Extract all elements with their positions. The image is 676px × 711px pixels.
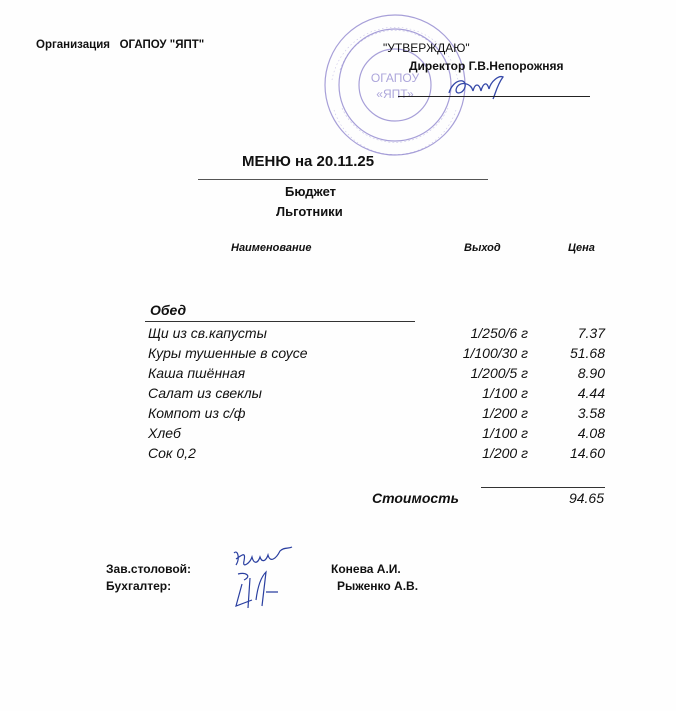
menu-item: Сок 0,2 1/200 г 14.60 bbox=[148, 444, 608, 464]
item-yield: 1/200/5 г bbox=[470, 365, 528, 381]
item-price: 7.37 bbox=[578, 325, 605, 341]
item-name: Хлеб bbox=[148, 425, 181, 441]
canteen-head-name: Конева А.И. bbox=[331, 562, 401, 576]
item-name: Щи из св.капусты bbox=[148, 325, 267, 341]
item-yield: 1/100/30 г bbox=[463, 345, 528, 361]
accountant-role: Бухгалтер: bbox=[106, 579, 171, 593]
column-header-yield: Выход bbox=[464, 242, 501, 254]
item-yield: 1/200 г bbox=[482, 445, 528, 461]
canteen-head-role: Зав.столовой: bbox=[106, 562, 191, 576]
column-header-name: Наименование bbox=[231, 242, 312, 254]
menu-item: Щи из св.капусты 1/250/6 г 7.37 bbox=[148, 324, 608, 344]
item-name: Компот из с/ф bbox=[148, 405, 245, 421]
item-price: 14.60 bbox=[570, 445, 605, 461]
menu-item: Хлеб 1/100 г 4.08 bbox=[148, 424, 608, 444]
section-divider bbox=[145, 321, 415, 322]
approval-stamp-text: "УТВЕРЖДАЮ" bbox=[383, 41, 470, 55]
column-header-price: Цена bbox=[568, 242, 595, 254]
budget-subtitle: Бюджет bbox=[285, 184, 336, 199]
svg-text:ОГАПОУ: ОГАПОУ bbox=[371, 71, 420, 85]
item-yield: 1/200 г bbox=[482, 405, 528, 421]
item-name: Салат из свеклы bbox=[148, 385, 262, 401]
beneficiaries-subtitle: Льготники bbox=[276, 204, 343, 219]
director-name: Директор Г.В.Непорожняя bbox=[409, 59, 563, 73]
svg-text:«ЯПТ»: «ЯПТ» bbox=[376, 87, 414, 101]
total-value: 94.65 bbox=[560, 490, 604, 506]
accountant-signature-icon bbox=[232, 570, 292, 610]
item-price: 3.58 bbox=[578, 405, 605, 421]
page-title: МЕНЮ на 20.11.25 bbox=[242, 153, 374, 170]
title-divider bbox=[198, 179, 488, 180]
total-label: Стоимость bbox=[372, 490, 459, 506]
item-price: 8.90 bbox=[578, 365, 605, 381]
item-yield: 1/100 г bbox=[482, 425, 528, 441]
item-price: 51.68 bbox=[570, 345, 605, 361]
item-name: Куры тушенные в соусе bbox=[148, 345, 308, 361]
menu-item: Каша пшённая 1/200/5 г 8.90 bbox=[148, 364, 608, 384]
organization: Организация ОГАПОУ "ЯПТ" bbox=[36, 39, 204, 51]
item-name: Каша пшённая bbox=[148, 365, 245, 381]
menu-item: Куры тушенные в соусе 1/100/30 г 51.68 bbox=[148, 344, 608, 364]
item-yield: 1/100 г bbox=[482, 385, 528, 401]
item-name: Сок 0,2 bbox=[148, 445, 196, 461]
organization-label: Организация bbox=[36, 39, 110, 51]
item-price: 4.44 bbox=[578, 385, 605, 401]
accountant-name: Рыженко А.В. bbox=[337, 579, 418, 593]
menu-items-list: Щи из св.капусты 1/250/6 г 7.37 Куры туш… bbox=[148, 324, 608, 464]
organization-name: ОГАПОУ "ЯПТ" bbox=[120, 39, 205, 51]
item-yield: 1/250/6 г bbox=[470, 325, 528, 341]
menu-item: Компот из с/ф 1/200 г 3.58 bbox=[148, 404, 608, 424]
menu-item: Салат из свеклы 1/100 г 4.44 bbox=[148, 384, 608, 404]
director-signature-line bbox=[398, 96, 590, 97]
item-price: 4.08 bbox=[578, 425, 605, 441]
total-divider bbox=[481, 487, 605, 488]
section-title-lunch: Обед bbox=[150, 302, 186, 318]
